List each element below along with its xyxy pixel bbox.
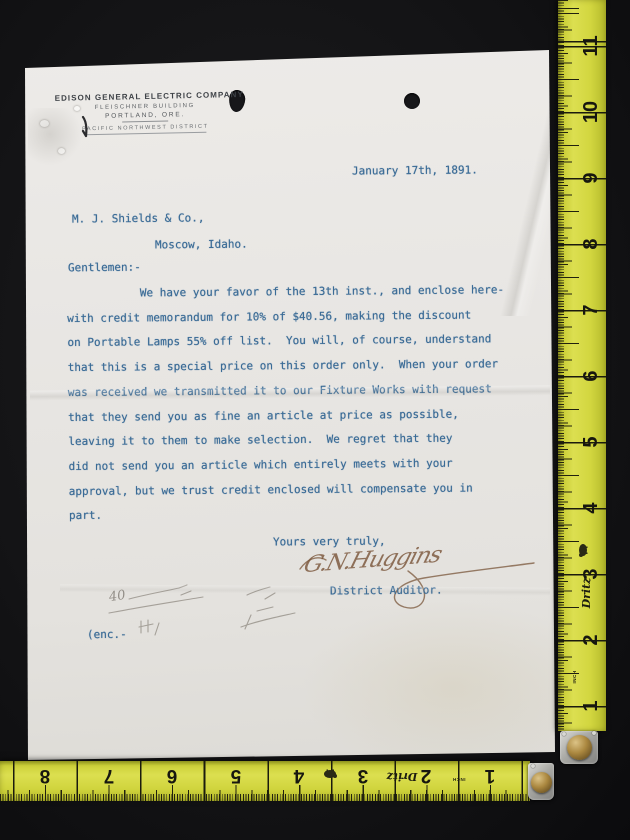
tape-inch-number: 1 [477,762,503,788]
tape-end-clip [528,763,554,800]
tape-inch-number: 8 [32,762,58,788]
tape-inch-number: 6 [578,363,604,389]
tape-inch-number: 6 [159,762,185,788]
letter-body-line: part. [69,500,539,529]
paper-smudge [28,108,83,173]
dritz-brand-label: Dritz [580,571,596,615]
tape-inch-number: 7 [96,762,122,788]
inch-unit-label: INCH [572,662,582,692]
tape-inch-number: 5 [223,762,249,788]
tape-inch-number: 1 [578,693,604,719]
tape-inch-number: 7 [578,297,604,323]
enclosure-note: (enc.- [87,628,127,641]
brass-snap [567,735,592,760]
tape-inch-number: 9 [578,165,604,191]
tape-inch-number: 5 [578,429,604,455]
tape-inch-number: 3 [350,762,376,788]
letter-body-line: We have your favor of the 13th inst., an… [67,278,537,307]
brand-emblem-icon [576,542,588,558]
punch-hole-right [404,93,420,109]
tape-inch-number: 4 [578,495,604,521]
letter-body-line: that this is a special price on this ord… [68,352,538,381]
clip-rivet [592,731,596,735]
letter-date: January 17th, 1891. [352,163,478,177]
tape-end-clip [560,731,598,764]
brand-emblem-icon [322,769,338,781]
clip-rivet [531,764,535,768]
tape-inch-number: 2 [578,627,604,653]
paper-stain [300,600,555,760]
letter-body-line: approval, but we trust credit enclosed w… [69,476,539,505]
right-tape-measure: 1234567891011 Dritz INCH [558,0,606,731]
tape-inch-number: 11 [578,33,604,59]
letter-recipient-city: Moscow, Idaho. [155,238,248,252]
tape-inch-number: 10 [578,99,604,125]
letter-salutation: Gentlemen:- [68,261,141,275]
clip-rivet [562,732,566,736]
letter-recipient: M. J. Shields & Co., [72,211,205,225]
dritz-brand-label: Dritz [380,767,424,783]
tape-inch-number: 4 [286,762,312,788]
inch-unit-label: INCH [444,772,474,782]
bottom-tape-measure: 87654321 Dritz INCH [0,761,530,801]
brass-snap [531,772,552,793]
photo-scene: EDISON GENERAL ELECTRIC COMPANY FLEISCHN… [0,0,630,840]
letter-paper: EDISON GENERAL ELECTRIC COMPANY FLEISCHN… [0,0,630,840]
letterhead-rule [122,121,168,123]
tape-inch-number: 8 [578,231,604,257]
